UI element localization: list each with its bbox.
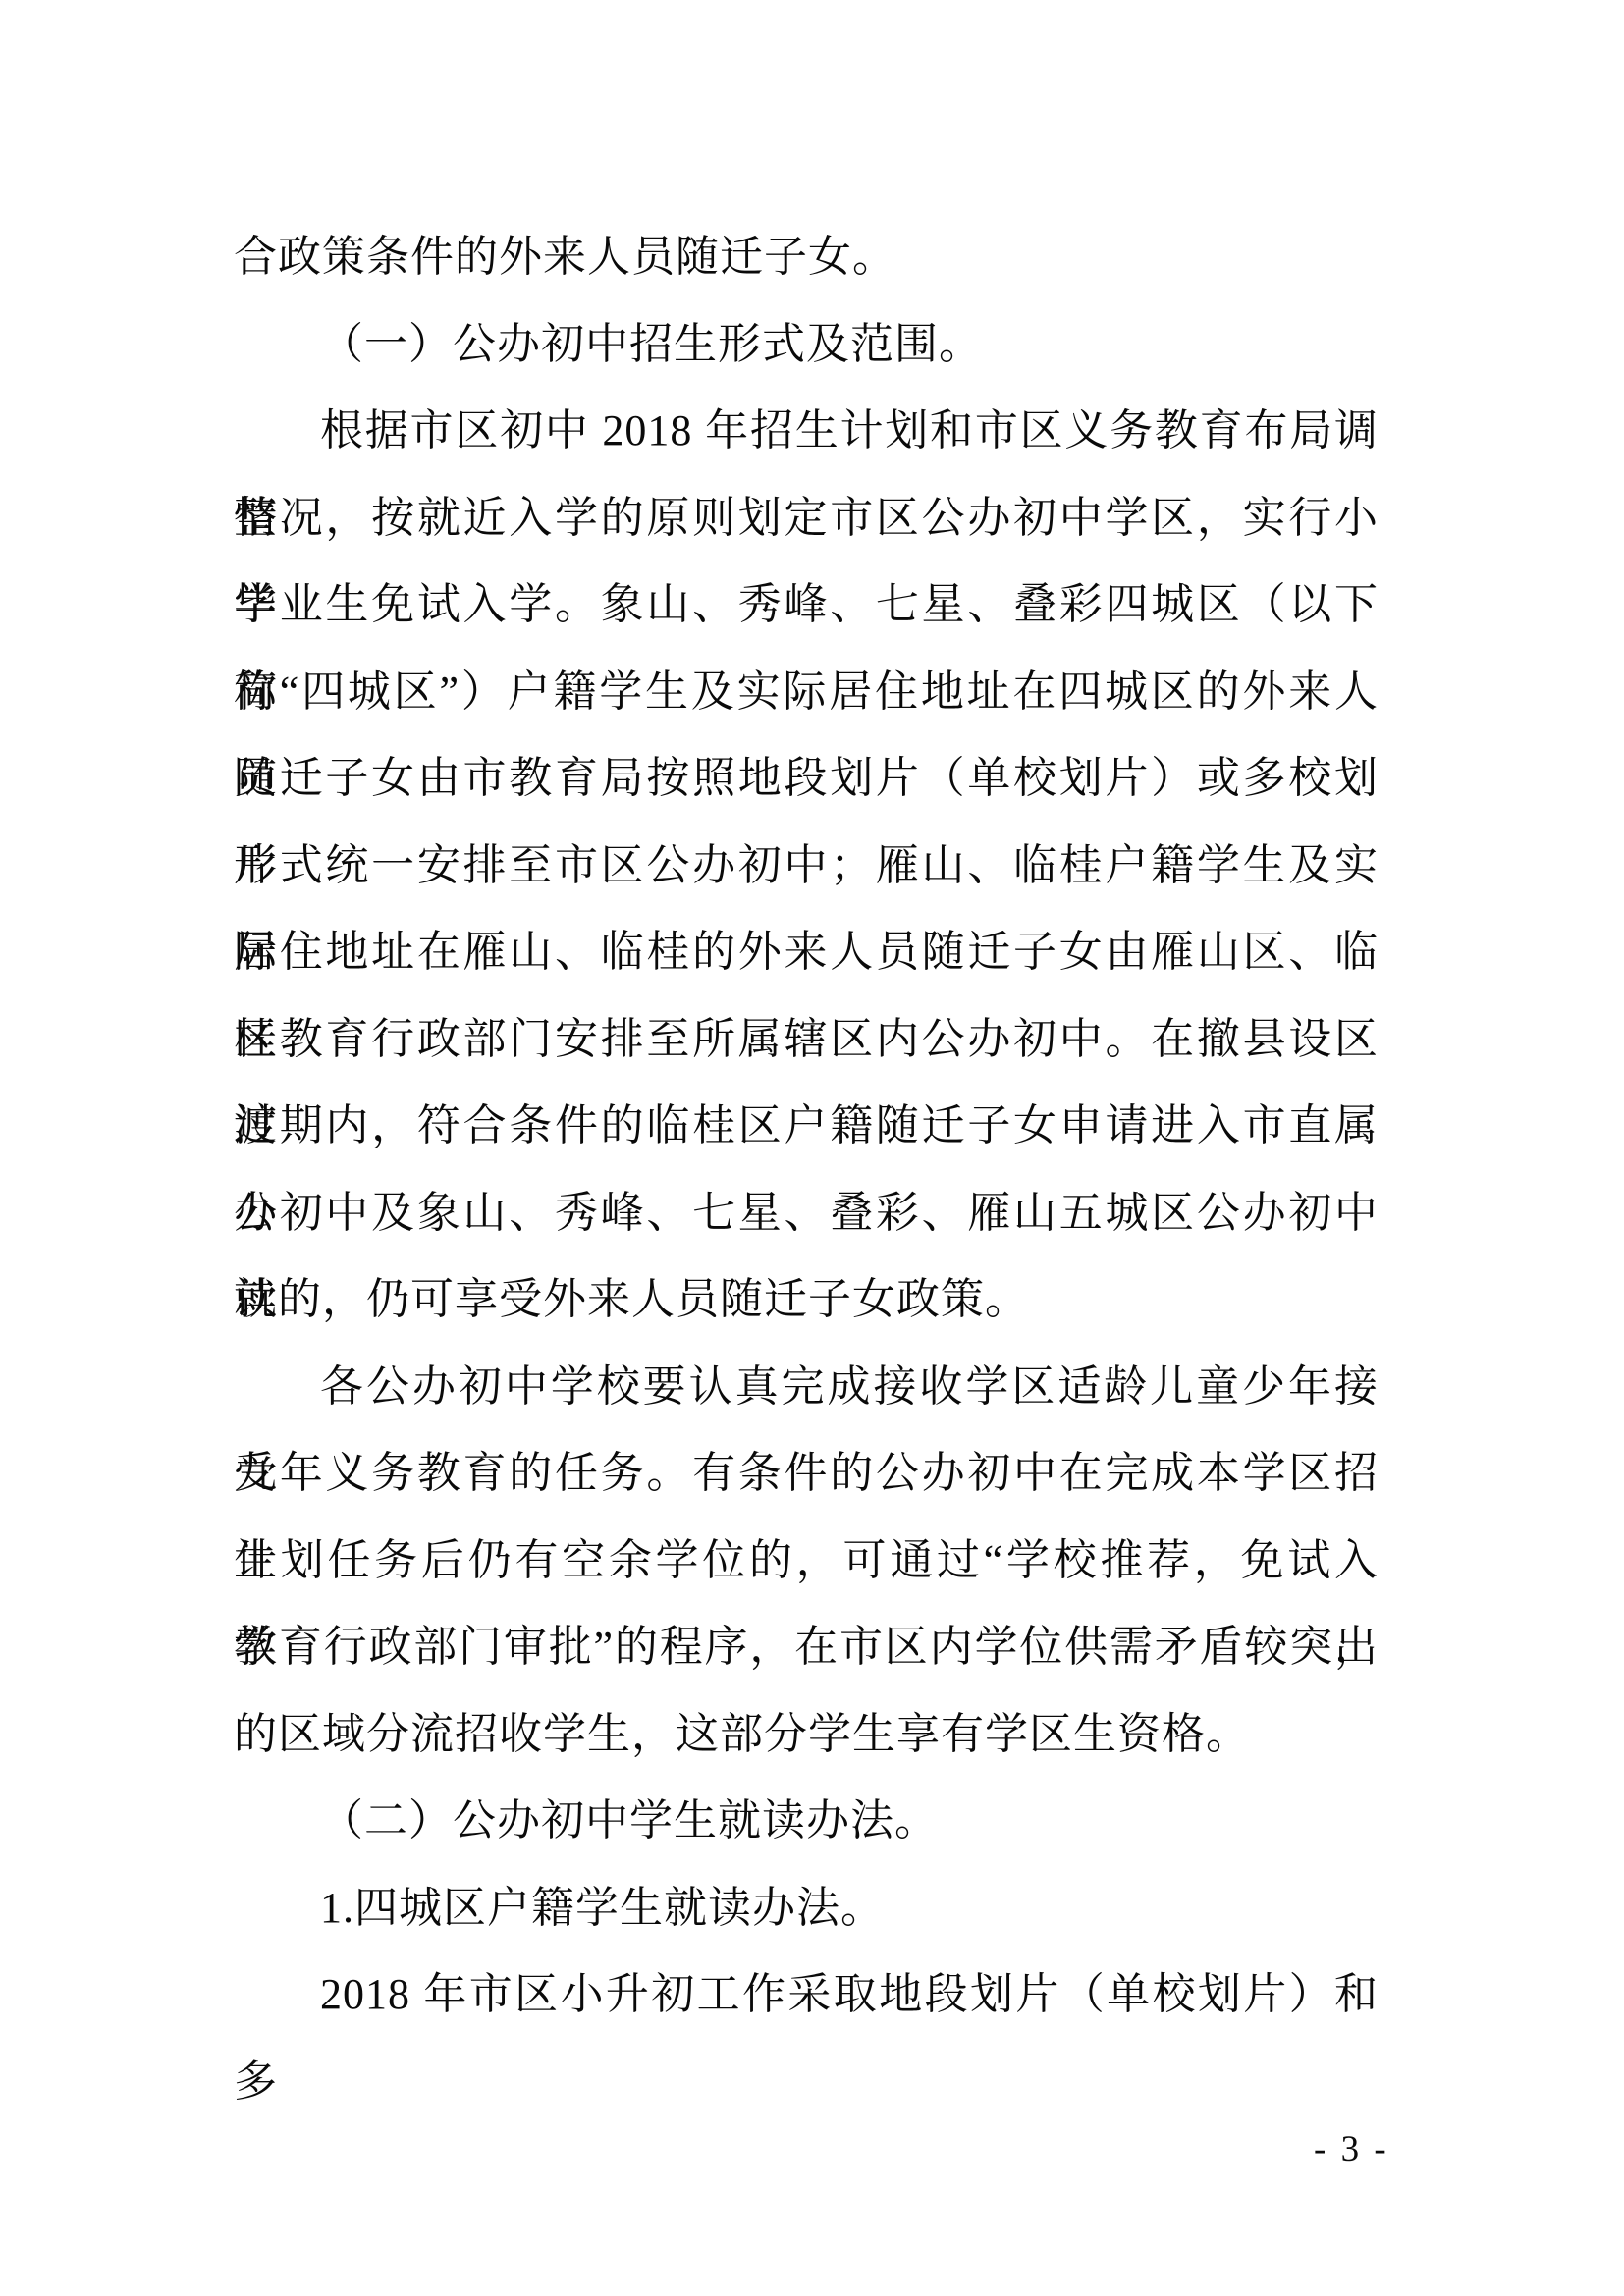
text-line-5: 毕业生免试入学。象山、秀峰、七星、叠彩四城区（以下简 xyxy=(234,561,1379,649)
page-number: - 3 - xyxy=(1314,2128,1389,2170)
text-line-8: 形式统一安排至市区公办初中；雁山、临桂户籍学生及实际 xyxy=(234,823,1379,910)
text-line-17: 教育行政部门审批”的程序，在市区内学位供需矛盾较突出 xyxy=(234,1604,1379,1691)
text-line-3: 根据市区初中 2018 年招生计划和市区义务教育布局调整 xyxy=(234,388,1379,475)
text-line-21: 2018 年市区小升初工作采取地段划片（单校划片）和多 xyxy=(234,1951,1379,2039)
text-line-13: 读的，仍可享受外来人员随迁子女政策。 xyxy=(234,1256,1379,1344)
text-line-2: （一）公办初中招生形式及范围。 xyxy=(234,301,1379,389)
text-line-12: 办初中及象山、秀峰、七星、叠彩、雁山五城区公办初中就 xyxy=(234,1170,1379,1257)
text-line-10: 区教育行政部门安排至所属辖区内公办初中。在撤县设区过 xyxy=(234,996,1379,1084)
text-line-14: 各公办初中学校要认真完成接收学区适龄儿童少年接受 xyxy=(234,1344,1379,1431)
text-line-9: 居住地址在雁山、临桂的外来人员随迁子女由雁山区、临桂 xyxy=(234,909,1379,996)
text-line-4: 情况，按就近入学的原则划定市区公办初中学区，实行小学 xyxy=(234,475,1379,562)
text-line-6: 称“四城区”）户籍学生及实际居住地址在四城区的外来人员 xyxy=(234,649,1379,736)
document-body: 合政策条件的外来人员随迁子女。 （一）公办初中招生形式及范围。 根据市区初中 2… xyxy=(234,214,1379,2039)
text-line-1: 合政策条件的外来人员随迁子女。 xyxy=(234,214,1379,301)
text-line-19: （二）公办初中学生就读办法。 xyxy=(234,1778,1379,1865)
text-line-7: 随迁子女由市教育局按照地段划片（单校划片）或多校划片 xyxy=(234,735,1379,823)
document-page: 合政策条件的外来人员随迁子女。 （一）公办初中招生形式及范围。 根据市区初中 2… xyxy=(0,0,1624,2296)
text-line-15: 九年义务教育的任务。有条件的公办初中在完成本学区招生 xyxy=(234,1430,1379,1518)
text-line-11: 渡期内，符合条件的临桂区户籍随迁子女申请进入市直属公 xyxy=(234,1083,1379,1170)
text-line-20: 1.四城区户籍学生就读办法。 xyxy=(234,1865,1379,1952)
text-line-18: 的区域分流招收学生，这部分学生享有学区生资格。 xyxy=(234,1691,1379,1779)
text-line-16: 计划任务后仍有空余学位的，可通过“学校推荐，免试入学， xyxy=(234,1518,1379,1605)
